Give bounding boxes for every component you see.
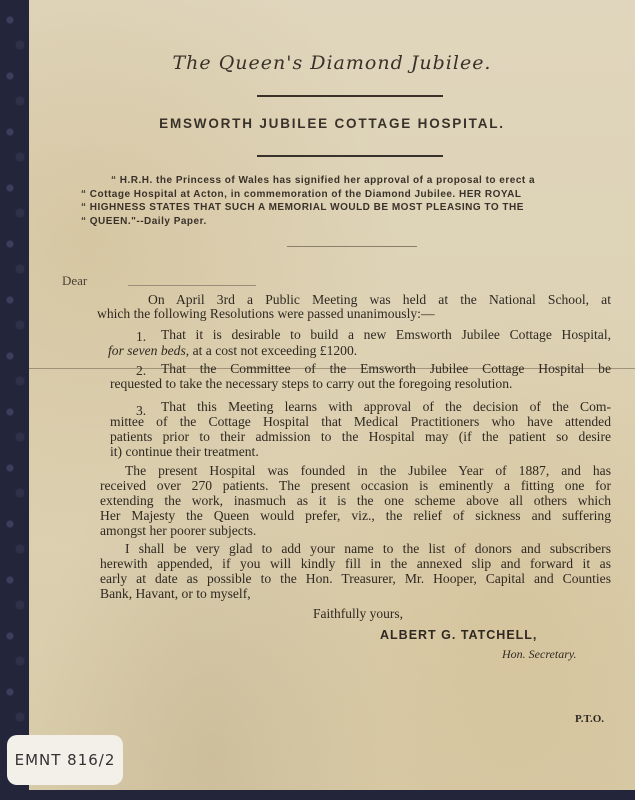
resolution-1-number: 1. [136, 329, 146, 344]
paragraph-2-line: herewith appended, if you will kindly fi… [100, 556, 611, 571]
resolution-1-line1: That it is desirable to build a new Emsw… [161, 327, 611, 342]
paragraph-1-line: amongst her poorer subjects. [100, 523, 256, 538]
resolution-3-line1: That this Meeting learns with approval o… [161, 399, 611, 414]
paragraph-2-line: I shall be very glad to add your name to… [125, 541, 611, 556]
resolution-2-line1: That the Committee of the Emsworth Jubil… [161, 361, 611, 376]
paragraph-1-line: received over 270 patients. The present … [100, 478, 611, 493]
quote-line: “ H.R.H. the Princess of Wales has signi… [67, 174, 627, 188]
subtitle-divider [257, 155, 443, 157]
closing: Faithfully yours, [313, 606, 403, 622]
resolution-2-line2: requested to take the necessary steps to… [110, 376, 512, 391]
paragraph-2-line: early at date as possible to the Hon. Tr… [100, 571, 611, 586]
signatory-name: ALBERT G. TATCHELL, [380, 628, 537, 642]
intro-line-2: which the following Resolutions were pas… [97, 306, 435, 321]
quote-line: “ QUEEN."--Daily Paper. [67, 215, 627, 229]
title-divider [257, 95, 443, 97]
salutation: Dear [62, 273, 87, 289]
archive-reference-label: EMNT 816/2 [7, 735, 123, 785]
document-title: The Queen's Diamond Jubilee. [29, 52, 635, 74]
letter-paper: The Queen's Diamond Jubilee. EMSWORTH JU… [29, 0, 635, 790]
resolution-3-line4: it) continue their treatment. [110, 444, 259, 459]
paragraph-1-line: extending the work, inasmuch as it is th… [100, 493, 611, 508]
please-turn-over-note: P.T.O. [575, 713, 604, 725]
quote-divider [287, 246, 417, 247]
paragraph-1-line: The present Hospital was founded in the … [125, 463, 611, 478]
quote-line: “ HIGHNESS STATES THAT SUCH A MEMORIAL W… [67, 201, 627, 215]
resolution-3-line3: patients prior to their admission to the… [110, 429, 611, 444]
paragraph-2-line: Bank, Havant, or to myself, [100, 586, 251, 601]
intro-line-1: On April 3rd a Public Meeting was held a… [148, 292, 611, 307]
newspaper-quote: “ H.R.H. the Princess of Wales has signi… [67, 174, 627, 228]
document-subtitle: EMSWORTH JUBILEE COTTAGE HOSPITAL. [29, 116, 635, 131]
paragraph-1-line: Her Majesty the Queen would prefer, viz.… [100, 508, 611, 523]
resolution-3-line2: mittee of the Cottage Hospital that Medi… [110, 414, 611, 429]
salutation-blank-line [128, 285, 256, 286]
quote-line: “ Cottage Hospital at Acton, in commemor… [67, 188, 627, 202]
resolution-1-line2: for seven beds, at a cost not exceeding … [108, 343, 357, 358]
signatory-title: Hon. Secretary. [502, 647, 577, 662]
